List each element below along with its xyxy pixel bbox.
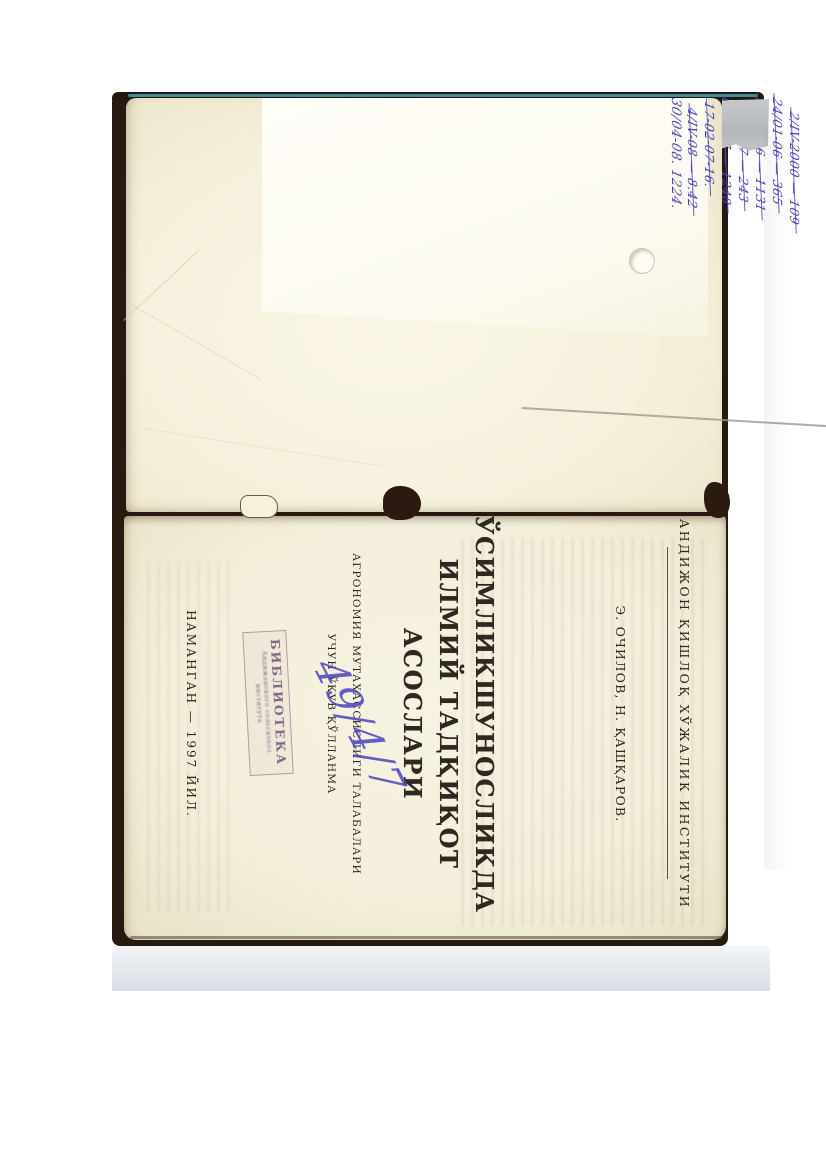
- flyleaf-page: 2/IV-2000 — 109 24/01-06 — 365 12/VI-06 …: [126, 98, 722, 512]
- scan-shadow: [764, 130, 790, 870]
- fold-crease: [123, 249, 200, 321]
- handwritten-entry: 30/04-08. 1224.: [667, 96, 684, 212]
- attached-card: [262, 98, 708, 340]
- header-rule: [667, 547, 668, 879]
- institute-name: АНДИЖОН ҚИШЛОҚ ХЎЖАЛИК ИНСТИТУТИ: [677, 515, 692, 913]
- book-title-line: ЎСИМЛИКШУНОСЛИКДА: [466, 515, 502, 913]
- scanned-book-spread: { "flyleaf": { "handwritten_entries": [ …: [0, 0, 826, 1169]
- page-bottom-edge: [130, 936, 722, 939]
- fold-crease: [144, 428, 381, 467]
- authors-line: Э. ОЧИЛОВ, Н. ҚАШҚАРОВ.: [613, 515, 628, 913]
- book-top-teal-edge: [128, 94, 758, 97]
- punched-hole: [629, 248, 655, 274]
- handwritten-entry: 17-02-07-16.: [701, 100, 718, 191]
- fold-crease: [128, 302, 262, 380]
- handwritten-entry: 4/IV-08 — 8.42: [684, 106, 701, 211]
- scanner-bed-strip: [112, 946, 770, 991]
- imprint-line: НАМАНГАН — 1997 ЙИЛ.: [184, 515, 198, 913]
- book-title: ЎСИМЛИКШУНОСЛИКДА ИЛМИЙ ТАДҚИҚОТ АСОСЛАР…: [394, 515, 502, 913]
- book-title-line: ИЛМИЙ ТАДҚИҚОТ: [430, 515, 466, 913]
- tape-fragment: [722, 99, 769, 151]
- title-page-content: АНДИЖОН ҚИШЛОҚ ХЎЖАЛИК ИНСТИТУТИ Э. ОЧИЛ…: [125, 515, 740, 940]
- book-title-line: АСОСЛАРИ: [394, 515, 430, 913]
- library-stamp: БИБЛИОТЕКА Андижанского сельскохоз. инст…: [242, 630, 293, 776]
